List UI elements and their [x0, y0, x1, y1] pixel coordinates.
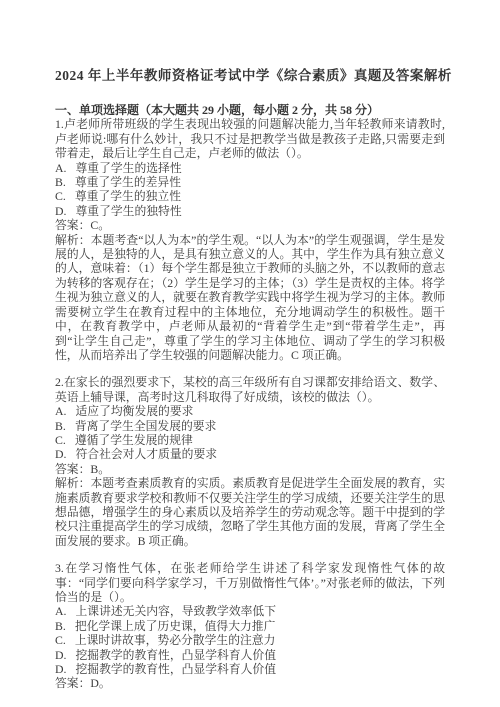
- option-text: 挖掘教学的教育性，凸显学科育人价值: [75, 648, 445, 662]
- option-label: A.: [55, 604, 66, 618]
- option-text: 尊重了学生的选择性: [75, 161, 445, 175]
- option-label: D.: [55, 648, 66, 662]
- option-row: B. 背离了学生全国发展的要求: [55, 419, 445, 433]
- option-label: A.: [55, 404, 66, 418]
- option-text: 适应了均衡发展的要求: [75, 404, 445, 418]
- option-text: 上课讲述无关内容，导致教学效率低下: [75, 604, 445, 618]
- analysis-text: 解析：本题考查“以人为本”的学生观。“以人为本”的学生观强调，学生是发展的人，是…: [55, 233, 445, 363]
- option-label: D.: [55, 204, 66, 218]
- exam-document-page: 2024 年上半年教师资格证考试中学《综合素质》真题及答案解析 一、单项选择题（…: [0, 0, 500, 707]
- option-row: C. 遵循了学生发展的规律: [55, 433, 445, 447]
- option-label: C.: [55, 633, 66, 647]
- option-row: B. 尊重了学生的差异性: [55, 175, 445, 189]
- question-block-3: 3.在学习惰性气体，在张老师给学生讲述了科学家发现惰性气体的故事：“同学们要向科…: [55, 561, 445, 691]
- option-text: 背离了学生全国发展的要求: [75, 419, 445, 433]
- question-block-1: 1.卢老师所带班级的学生表现出较强的问题解决能力,当年轻教师来请教时,卢老师说:…: [55, 117, 445, 362]
- option-label: B.: [55, 175, 66, 189]
- option-text: 尊重了学生的差异性: [75, 175, 445, 189]
- option-row: D. 挖掘教学的教育性，凸显学科育人价值: [55, 662, 445, 676]
- option-label: B.: [55, 419, 66, 433]
- question-stem: 1.卢老师所带班级的学生表现出较强的问题解决能力,当年轻教师来请教时,卢老师说:…: [55, 117, 445, 160]
- option-row: C. 上课时讲故事，势必分散学生的注意力: [55, 633, 445, 647]
- option-label: C.: [55, 433, 66, 447]
- question-block-2: 2.在家长的强烈要求下，某校的高三年级所有自习课都安排给语文、数学、英语上辅导课…: [55, 375, 445, 548]
- answer-line: 答案：B。: [55, 462, 445, 476]
- option-row: D. 符合社会对人才质量的要求: [55, 447, 445, 461]
- option-text: 遵循了学生发展的规律: [75, 433, 445, 447]
- option-row: D. 挖掘教学的教育性，凸显学科育人价值: [55, 648, 445, 662]
- option-row: D. 尊重了学生的独特性: [55, 204, 445, 218]
- option-label: D.: [55, 662, 66, 676]
- option-row: A. 上课讲述无关内容，导致教学效率低下: [55, 604, 445, 618]
- option-row: C. 尊重了学生的独立性: [55, 189, 445, 203]
- analysis-text: 解析：本题考查素质教育的实质。素质教育是促进学生全面发展的教育，实施素质教育要求…: [55, 476, 445, 548]
- answer-line: 答案：C。: [55, 218, 445, 232]
- section-header: 一、单项选择题（本大题共 29 小题，每小题 2 分，共 58 分）: [55, 103, 445, 117]
- option-row: B. 把化学课上成了历史课，值得大力推广: [55, 619, 445, 633]
- option-label: C.: [55, 189, 66, 203]
- page-title: 2024 年上半年教师资格证考试中学《综合素质》真题及答案解析: [55, 64, 445, 84]
- option-row: A. 适应了均衡发展的要求: [55, 404, 445, 418]
- option-text: 上课时讲故事，势必分散学生的注意力: [75, 633, 445, 647]
- option-text: 挖掘教学的教育性，凸显学科育人价值: [75, 662, 445, 676]
- answer-line: 答案：D。: [55, 676, 445, 690]
- option-label: A.: [55, 161, 66, 175]
- option-label: D.: [55, 447, 66, 461]
- question-stem: 2.在家长的强烈要求下，某校的高三年级所有自习课都安排给语文、数学、英语上辅导课…: [55, 375, 445, 404]
- option-text: 尊重了学生的独立性: [75, 189, 445, 203]
- option-text: 把化学课上成了历史课，值得大力推广: [75, 619, 445, 633]
- option-text: 符合社会对人才质量的要求: [75, 447, 445, 461]
- option-row: A. 尊重了学生的选择性: [55, 161, 445, 175]
- option-text: 尊重了学生的独特性: [75, 204, 445, 218]
- question-stem: 3.在学习惰性气体，在张老师给学生讲述了科学家发现惰性气体的故事：“同学们要向科…: [55, 561, 445, 604]
- option-label: B.: [55, 619, 66, 633]
